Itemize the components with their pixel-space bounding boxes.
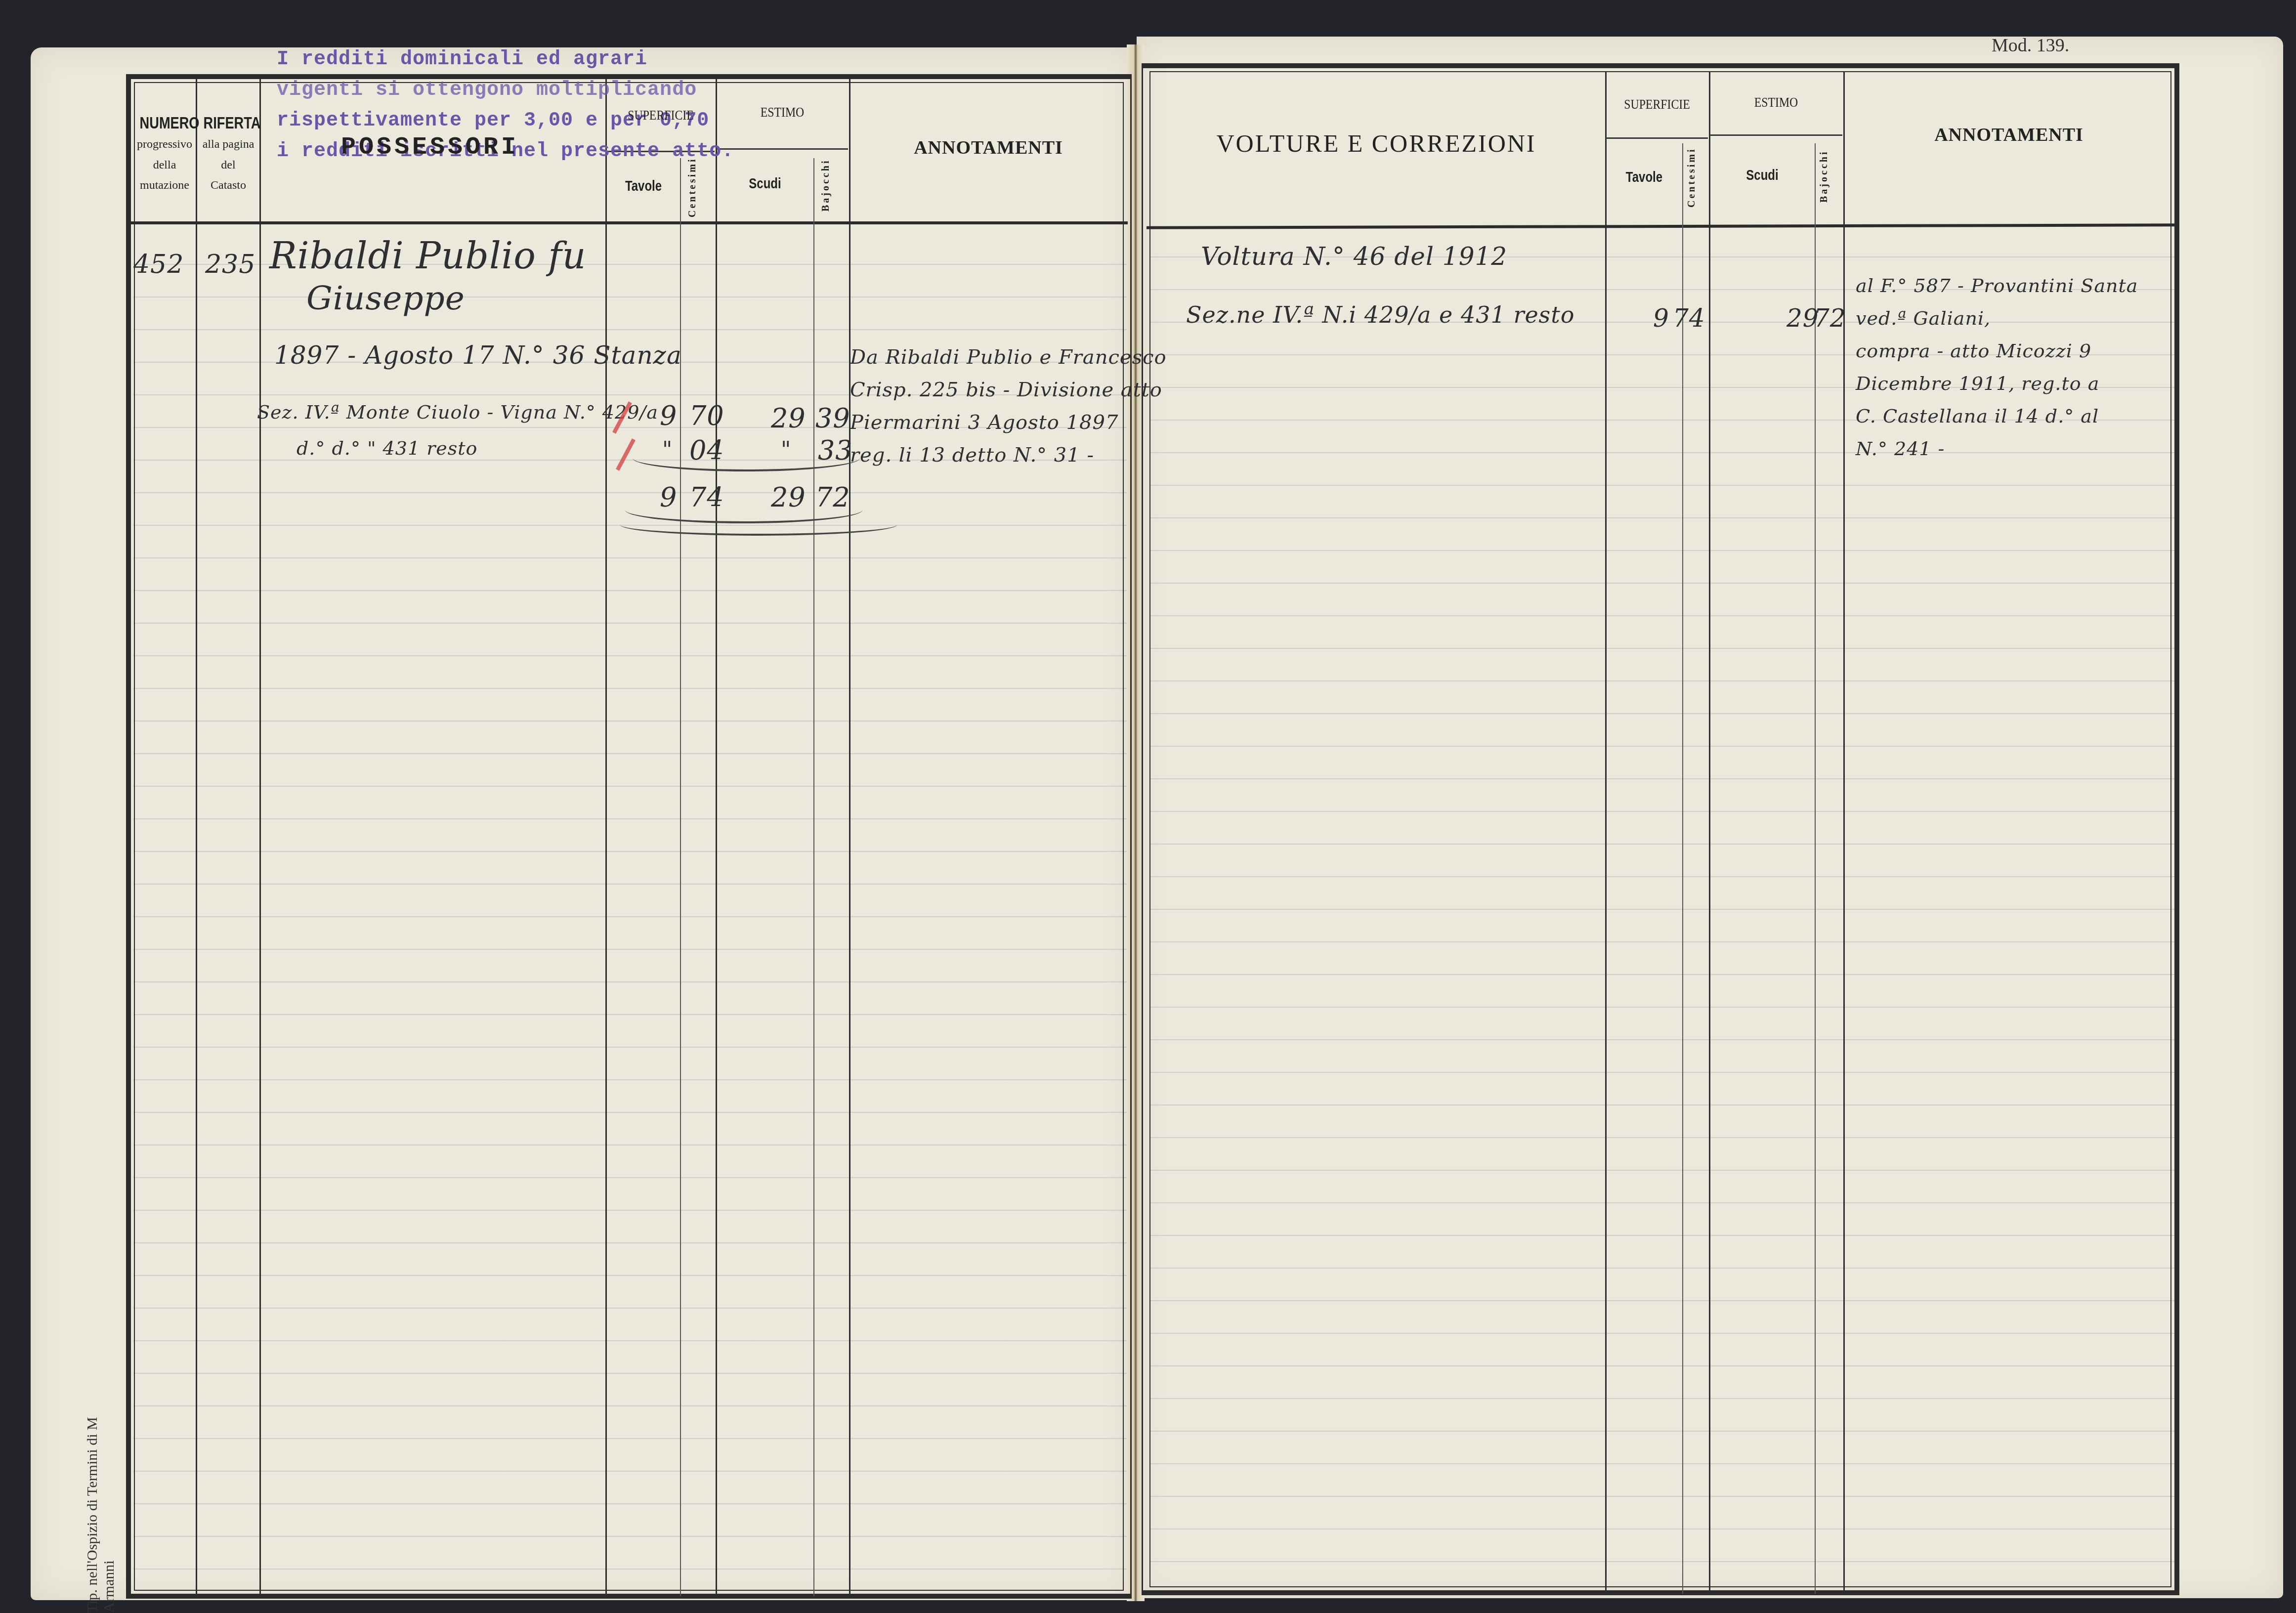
stamp-line: rispettivamente per 3,00 e per 0,70 — [277, 106, 583, 136]
header-superficie: SUPERFICIE — [1614, 97, 1700, 113]
header-scudi: Scudi — [726, 175, 804, 193]
col-line — [1605, 72, 1607, 1594]
stamp-line: I redditi dominicali ed agrari — [277, 44, 583, 75]
superficie-subrule — [1606, 137, 1708, 139]
entry-centesimi: 74 — [1673, 304, 1705, 333]
header-tavole: Tavole — [1614, 169, 1674, 186]
annotation-line: C. Castellana il 14 d.° al — [1856, 400, 2138, 432]
header-volture-correzioni: VOLTURE E CORREZIONI — [1151, 129, 1601, 158]
header-bajocchi: Bajocchi — [1819, 149, 1838, 204]
total-double-underline — [620, 514, 897, 536]
header-centesimi: Centesimi — [687, 163, 707, 217]
col-line — [1709, 72, 1710, 1594]
col-line — [196, 79, 197, 1596]
header-estimo: ESTIMO — [726, 105, 838, 121]
header-riferta: RIFERTA alla pagina del Catasto — [197, 114, 259, 193]
annotation-line: Crisp. 225 bis - Divisione atto — [850, 374, 1167, 406]
entry-possessore-line1: Ribaldi Publio fu — [269, 235, 586, 277]
col-line — [259, 79, 261, 1596]
form-number: Mod. 139. — [1992, 35, 2069, 56]
annotation-line: Piermarini 3 Agosto 1897 — [850, 406, 1167, 439]
header-numero-line: progressivo — [133, 138, 196, 152]
col-line — [605, 79, 607, 1596]
printer-imprint: Tip. nell'Ospizio di Termini di M Armann… — [84, 1374, 118, 1613]
entry-annotamenti: Da Ribaldi Publio e Francesco Crisp. 225… — [850, 341, 1167, 471]
estimo-subrule — [1710, 134, 1842, 136]
header-bajocchi: Bajocchi — [820, 158, 840, 212]
header-centesimi: Centesimi — [1686, 153, 1704, 208]
parcel-desc: d.° d.° " 431 resto — [297, 437, 477, 459]
header-numero: NUMERO progressivo della mutazione — [133, 114, 196, 193]
annotation-line: compra - atto Micozzi 9 — [1856, 335, 2138, 367]
header-riferta-line: del — [197, 159, 259, 172]
entry-numero: 452 — [133, 250, 184, 279]
col-line — [1815, 143, 1816, 1594]
estimo-subrule — [717, 148, 848, 150]
annotation-line: reg. li 13 detto N.° 31 - — [850, 439, 1167, 471]
entry-possessore-line2: Giuseppe — [306, 279, 465, 317]
stamp-line: vigenti si ottengono moltiplicando — [277, 75, 583, 106]
annotation-line: ved.ª Galiani, — [1856, 302, 2138, 335]
header-annotamenti: ANNOTAMENTI — [850, 137, 1127, 159]
header-riferta-line: alla pagina — [197, 138, 259, 152]
entry-atto: 1897 - Agosto 17 N.° 36 Stanza — [274, 341, 682, 370]
entry-sezione: Sez.ne IV.ª N.i 429/a e 431 resto — [1186, 301, 1574, 328]
entry-tavole: 9 — [1653, 304, 1669, 333]
annotation-line: al F.° 587 - Provantini Santa — [1856, 269, 2138, 302]
annotation-line: Dicembre 1911, reg.to a — [1856, 367, 2138, 400]
header-possessori: POSSESSORI — [277, 133, 583, 162]
parcel-tavole: 9 — [660, 400, 677, 431]
sum-underline — [633, 445, 860, 471]
col-line — [849, 79, 850, 1596]
header-numero-line: mutazione — [133, 179, 196, 193]
col-line — [1682, 143, 1683, 1594]
col-line — [716, 79, 717, 1596]
entry-annotamenti: al F.° 587 - Provantini Santa ved.ª Gali… — [1856, 269, 2138, 465]
parcel-bajocchi: 39 — [815, 403, 850, 434]
col-line — [1843, 72, 1845, 1594]
left-header-divider — [129, 221, 1128, 224]
annotation-line: Da Ribaldi Publio e Francesco — [850, 341, 1167, 374]
header-numero-line: della — [133, 159, 196, 172]
header-tavole: Tavole — [614, 178, 673, 195]
entry-riferta: 235 — [205, 250, 255, 279]
entry-bajocchi: 72 — [1814, 304, 1846, 333]
header-superficie: SUPERFICIE — [615, 108, 706, 124]
annotation-line: N.° 241 - — [1856, 432, 2138, 465]
entry-voltura: Voltura N.° 46 del 1912 — [1201, 242, 1507, 271]
header-annotamenti: ANNOTAMENTI — [1846, 125, 2172, 146]
col-line — [813, 158, 814, 1596]
header-scudi: Scudi — [1720, 167, 1804, 184]
left-table-frame — [126, 74, 1132, 1599]
header-estimo: ESTIMO — [1720, 95, 1832, 111]
col-line — [680, 158, 681, 1596]
parcel-centesimi: 70 — [689, 400, 724, 431]
parcel-scudi: 29 — [771, 403, 806, 434]
header-numero-title: NUMERO — [140, 114, 190, 133]
header-riferta-line: Catasto — [197, 179, 259, 193]
header-riferta-title: RIFERTA — [204, 114, 254, 133]
parcel-desc: Sez. IV.ª Monte Ciuolo - Vigna N.° 429/a — [257, 401, 658, 423]
